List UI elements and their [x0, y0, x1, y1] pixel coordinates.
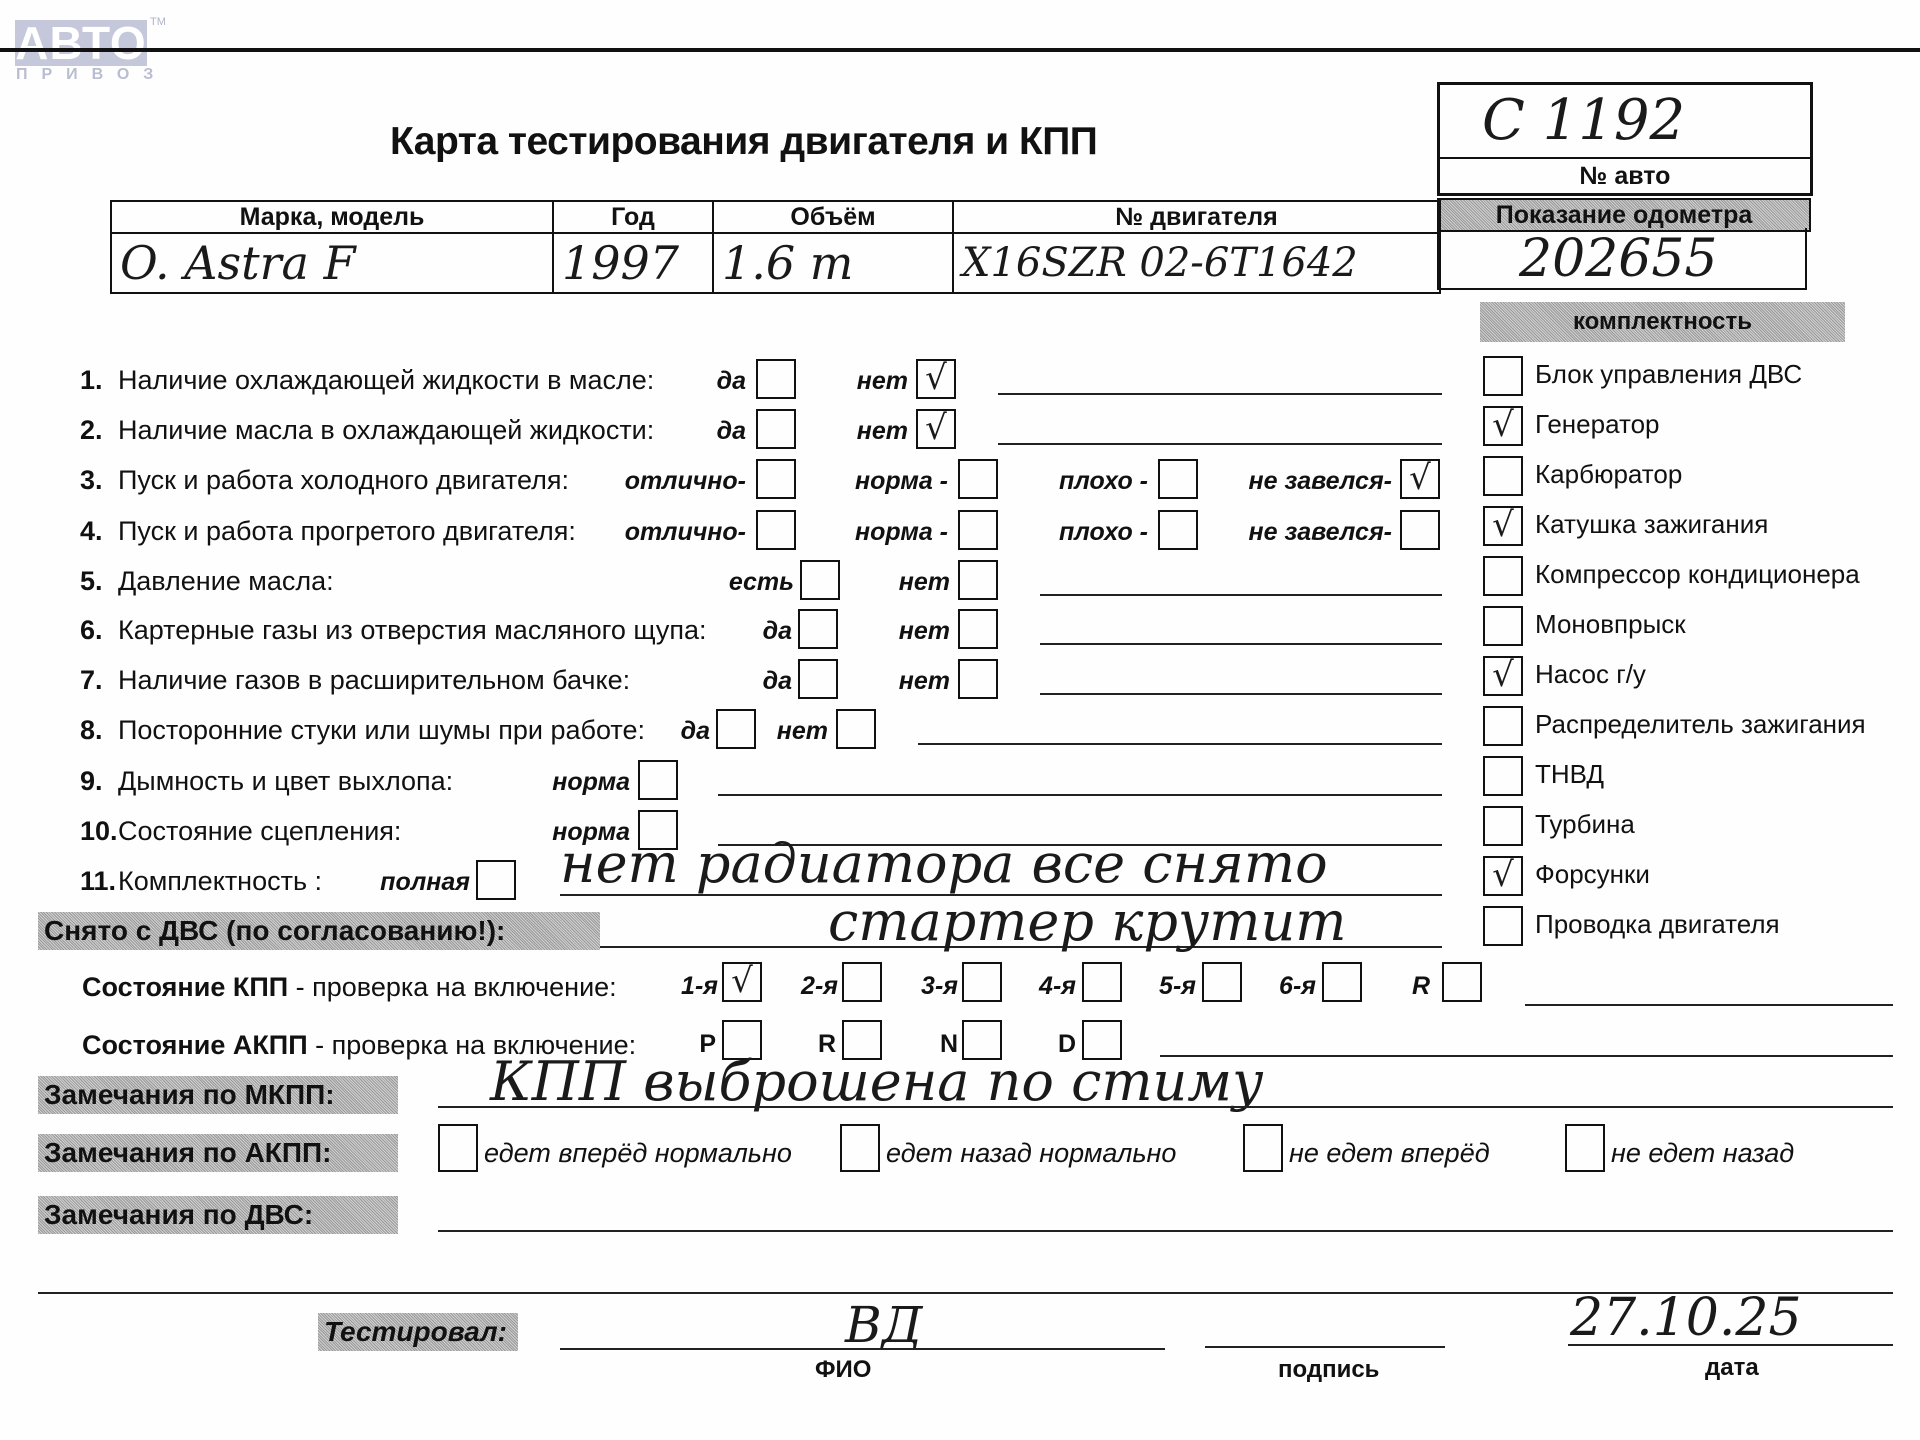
auto-gears-line: [1160, 1055, 1893, 1057]
remarks-mkpp-line: [438, 1106, 1893, 1108]
question-number: 11.: [80, 866, 116, 897]
option-label: не завелся-: [1249, 467, 1392, 496]
remarks-dvs-label: Замечания по ДВС:: [38, 1196, 398, 1234]
date-line: [1568, 1344, 1893, 1346]
option-label: да: [717, 417, 746, 446]
manual-gear-label: 5-я: [1159, 972, 1196, 1001]
completeness-item-label: Форсунки: [1535, 859, 1650, 890]
answer-line: [1040, 693, 1442, 695]
fio-value[interactable]: ВД: [845, 1296, 922, 1354]
option-checkbox[interactable]: [798, 659, 838, 699]
manual-gearbox-label-bold: Состояние КПП: [82, 972, 288, 1002]
option-checkbox[interactable]: [958, 560, 998, 600]
option-checkbox[interactable]: [756, 409, 796, 449]
odometer-label: Показание одометра: [1437, 198, 1811, 232]
question-text: Давление масла:: [118, 566, 334, 597]
manual-gear-checkbox[interactable]: [842, 962, 882, 1002]
completeness-item-label: Катушка зажигания: [1535, 509, 1768, 540]
question-number: 2.: [80, 415, 103, 446]
option-label: нет: [857, 367, 908, 396]
answer-line: [1040, 643, 1442, 645]
manual-gearbox-label: Состояние КПП - проверка на включение:: [82, 972, 617, 1003]
completeness-checkbox[interactable]: [1483, 606, 1523, 646]
logo-subtitle: ПРИВОЗ: [16, 66, 167, 84]
fio-caption: ФИО: [815, 1356, 871, 1384]
option-label: да: [763, 617, 792, 646]
question-number: 3.: [80, 465, 103, 496]
auto-gearbox-label-bold: Состояние АКПП: [82, 1030, 308, 1060]
question-text: Наличие охлаждающей жидкости в масле:: [118, 365, 654, 396]
completeness-checkbox[interactable]: [1483, 356, 1523, 396]
removed-label: Снято с ДВС (по согласованию!):: [38, 912, 600, 950]
akpp-remark-checkbox[interactable]: [438, 1124, 478, 1172]
volume-value[interactable]: 1.6 m: [713, 233, 953, 293]
remarks-mkpp-note[interactable]: КПП выброшена по стиму: [490, 1050, 1263, 1113]
option-label: не завелся-: [1249, 518, 1392, 547]
option-label: норма -: [855, 518, 948, 547]
akpp-remark-checkbox[interactable]: [1565, 1124, 1605, 1172]
manual-gear-checkbox[interactable]: [1202, 962, 1242, 1002]
question-text: Состояние сцепления:: [118, 816, 401, 847]
page-title: Карта тестирования двигателя и КПП: [390, 120, 1097, 164]
completeness-checkbox[interactable]: [1483, 906, 1523, 946]
manual-gearbox-label-rest: - проверка на включение:: [288, 972, 617, 1002]
logo: АВТО: [15, 20, 147, 66]
manual-gears-line: [1525, 1004, 1893, 1006]
answer-line: [918, 743, 1442, 745]
option-label: нет: [857, 417, 908, 446]
manual-gear-checkbox[interactable]: [1322, 962, 1362, 1002]
completeness-checkbox[interactable]: [1483, 756, 1523, 796]
col-volume-header: Объём: [713, 201, 953, 233]
year-value[interactable]: 1997: [553, 233, 713, 293]
option-label: нет: [899, 667, 950, 696]
option-label: нет: [777, 717, 828, 746]
question-text: Пуск и работа прогретого двигателя:: [118, 516, 576, 547]
completeness-item-label: Распределитель зажигания: [1535, 709, 1866, 740]
question-text: Наличие газов в расширительном бачке:: [118, 665, 630, 696]
manual-gear-checkbox[interactable]: [1082, 962, 1122, 1002]
manual-gear-label: 2-я: [801, 972, 838, 1001]
answer-line: [1040, 594, 1442, 596]
completeness-checkbox[interactable]: √: [1483, 506, 1523, 546]
answer-line: [998, 443, 1442, 445]
question-number: 1.: [80, 365, 103, 396]
question-text: Картерные газы из отверстия масляного щу…: [118, 615, 707, 646]
option-label: есть: [729, 568, 794, 597]
manual-gear-label: R: [1412, 972, 1430, 1001]
option-label: плохо -: [1059, 467, 1148, 496]
completeness-item-label: Проводка двигателя: [1535, 909, 1780, 940]
remarks-mkpp-label: Замечания по МКПП:: [38, 1076, 398, 1114]
completeness-checkbox[interactable]: [1483, 706, 1523, 746]
question-number: 4.: [80, 516, 103, 547]
option-checkbox[interactable]: [1400, 510, 1440, 550]
manual-gear-label: 1-я: [681, 972, 718, 1001]
engine-number-value[interactable]: X16SZR 02-6T1642: [953, 233, 1440, 293]
option-checkbox[interactable]: [1158, 459, 1198, 499]
date-caption: дата: [1705, 1354, 1759, 1382]
signature-caption: подпись: [1278, 1356, 1379, 1384]
answer-note[interactable]: нет радиатора все снято: [560, 832, 1328, 895]
completeness-item-label: Генератор: [1535, 409, 1660, 440]
option-checkbox[interactable]: [638, 760, 678, 800]
option-checkbox[interactable]: [798, 609, 838, 649]
option-label: норма: [552, 768, 630, 797]
completeness-item-label: Насос г/у: [1535, 659, 1646, 690]
akpp-remark-label: едет вперёд нормально: [484, 1138, 792, 1169]
logo-trademark: TM: [150, 16, 166, 28]
completeness-checkbox[interactable]: [1483, 806, 1523, 846]
option-checkbox[interactable]: [958, 659, 998, 699]
completeness-header: комплектность: [1480, 302, 1845, 342]
car-number-label: № авто: [1440, 159, 1810, 193]
option-checkbox[interactable]: √: [1400, 459, 1440, 499]
option-label: отлично-: [625, 518, 746, 547]
manual-gear-checkbox[interactable]: √: [722, 962, 762, 1002]
remarks-dvs-line: [438, 1230, 1893, 1232]
vehicle-info-table: Марка, модель Год Объём № двигателя O. A…: [110, 200, 1441, 294]
completeness-item-label: Компрессор кондиционера: [1535, 559, 1860, 590]
completeness-item-label: Турбина: [1535, 809, 1635, 840]
option-label: норма -: [855, 467, 948, 496]
col-engine-number-header: № двигателя: [953, 201, 1440, 233]
tested-by-label: Тестировал:: [318, 1313, 518, 1351]
answer-line: [998, 393, 1442, 395]
option-label: нет: [899, 617, 950, 646]
akpp-remark-label: не едет вперёд: [1289, 1138, 1490, 1169]
date-value[interactable]: 27.10.25: [1570, 1288, 1802, 1348]
completeness-checkbox[interactable]: √: [1483, 406, 1523, 446]
option-checkbox[interactable]: [958, 459, 998, 499]
remarks-akpp-label: Замечания по АКПП:: [38, 1134, 398, 1172]
removed-note[interactable]: стартер крутит: [828, 890, 1346, 953]
option-checkbox[interactable]: √: [916, 359, 956, 399]
completeness-checkbox[interactable]: √: [1483, 856, 1523, 896]
completeness-item-label: Карбюратор: [1535, 459, 1682, 490]
manual-gear-label: 4-я: [1039, 972, 1076, 1001]
option-label: плохо -: [1059, 518, 1148, 547]
option-checkbox[interactable]: √: [916, 409, 956, 449]
question-text: Комплектность :: [118, 866, 322, 897]
completeness-checkbox[interactable]: √: [1483, 656, 1523, 696]
question-number: 10.: [80, 816, 118, 847]
odometer-value[interactable]: 202655: [1437, 228, 1807, 290]
option-checkbox[interactable]: [756, 510, 796, 550]
completeness-item-label: Моновпрыск: [1535, 609, 1686, 640]
answer-line: [718, 794, 1442, 796]
car-number-box: C 1192 № авто: [1437, 82, 1813, 196]
option-checkbox[interactable]: [800, 560, 840, 600]
question-number: 8.: [80, 715, 103, 746]
option-label: отлично-: [625, 467, 746, 496]
akpp-remark-label: не едет назад: [1611, 1138, 1794, 1169]
akpp-remark-checkbox[interactable]: [1243, 1124, 1283, 1172]
completeness-item-label: ТНВД: [1535, 759, 1604, 790]
car-number-value[interactable]: C 1192: [1440, 85, 1810, 159]
fio-line: [560, 1348, 1165, 1350]
question-number: 6.: [80, 615, 103, 646]
question-text: Пуск и работа холодного двигателя:: [118, 465, 569, 496]
option-checkbox[interactable]: [476, 860, 516, 900]
completeness-checkbox[interactable]: [1483, 456, 1523, 496]
option-label: да: [763, 667, 792, 696]
manual-gear-label: 6-я: [1279, 972, 1316, 1001]
question-number: 5.: [80, 566, 103, 597]
manual-gear-checkbox[interactable]: [962, 962, 1002, 1002]
question-number: 7.: [80, 665, 103, 696]
option-label: да: [717, 367, 746, 396]
option-checkbox[interactable]: [1158, 510, 1198, 550]
option-checkbox[interactable]: [756, 459, 796, 499]
top-divider: [0, 48, 1920, 52]
option-label: полная: [380, 868, 470, 897]
option-checkbox[interactable]: [958, 510, 998, 550]
manual-gear-checkbox[interactable]: [1442, 962, 1482, 1002]
signature-line[interactable]: [1205, 1346, 1445, 1348]
option-label: да: [681, 717, 710, 746]
question-text: Дымность и цвет выхлопа:: [118, 766, 453, 797]
option-label: нет: [899, 568, 950, 597]
akpp-remark-label: едет назад нормально: [886, 1138, 1176, 1169]
col-year-header: Год: [553, 201, 713, 233]
manual-gear-label: 3-я: [921, 972, 958, 1001]
option-checkbox[interactable]: [836, 709, 876, 749]
option-checkbox[interactable]: [716, 709, 756, 749]
completeness-item-label: Блок управления ДВС: [1535, 359, 1802, 390]
akpp-remark-checkbox[interactable]: [840, 1124, 880, 1172]
make-model-value[interactable]: O. Astra F: [111, 233, 553, 293]
option-checkbox[interactable]: [958, 609, 998, 649]
col-make-model-header: Марка, модель: [111, 201, 553, 233]
question-text: Наличие масла в охлаждающей жидкости:: [118, 415, 654, 446]
option-checkbox[interactable]: [756, 359, 796, 399]
question-number: 9.: [80, 766, 103, 797]
question-text: Посторонние стуки или шумы при работе:: [118, 715, 645, 746]
completeness-checkbox[interactable]: [1483, 556, 1523, 596]
